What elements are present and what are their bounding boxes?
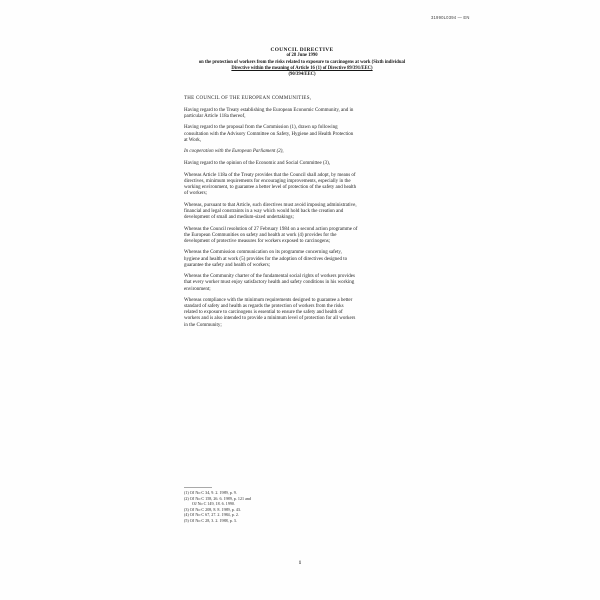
recital-4: Whereas the Commission communication on … (184, 250, 358, 268)
recital-6: Whereas compliance with the minimum requ… (184, 298, 358, 328)
footnotes: (1) OJ No C 34, 9. 2. 1989, p. 9. (2) OJ… (184, 487, 379, 523)
title-block: COUNCIL DIRECTIVE of 28 June 1990 on the… (148, 47, 456, 78)
recital-5: Whereas the Community charter of the fun… (184, 274, 358, 292)
recital-2: Whereas, pursuant to that Article, such … (184, 203, 358, 221)
citation-commission-proposal: Having regard to the proposal from the C… (184, 125, 358, 143)
document-number: (90/394/EEC) (148, 72, 456, 78)
recital-3: Whereas the Council resolution of 27 Feb… (184, 227, 358, 245)
footnote-separator-rule (184, 487, 212, 488)
citation-parliament-cooperation: In cooperation with the European Parliam… (184, 149, 358, 155)
document-page: 31990L0394 — EN COUNCIL DIRECTIVE of 28 … (0, 0, 600, 600)
footnote-5: (5) OJ No C 28, 3. 2. 1988, p. 3. (184, 518, 379, 524)
preamble-opening: THE COUNCIL OF THE EUROPEAN COMMUNITIES, (184, 96, 358, 102)
citation-treaty: Having regard to the Treaty establishing… (184, 108, 358, 120)
page-number: 1 (0, 561, 600, 566)
citation-economic-social-committee: Having regard to the opinion of the Econ… (184, 161, 358, 167)
document-subject-line2: Directive within the meaning of Article … (148, 66, 456, 72)
document-reference: 31990L0394 — EN (431, 15, 501, 20)
preamble: THE COUNCIL OF THE EUROPEAN COMMUNITIES,… (184, 96, 358, 334)
recital-1: Whereas Article 118a of the Treaty provi… (184, 173, 358, 197)
